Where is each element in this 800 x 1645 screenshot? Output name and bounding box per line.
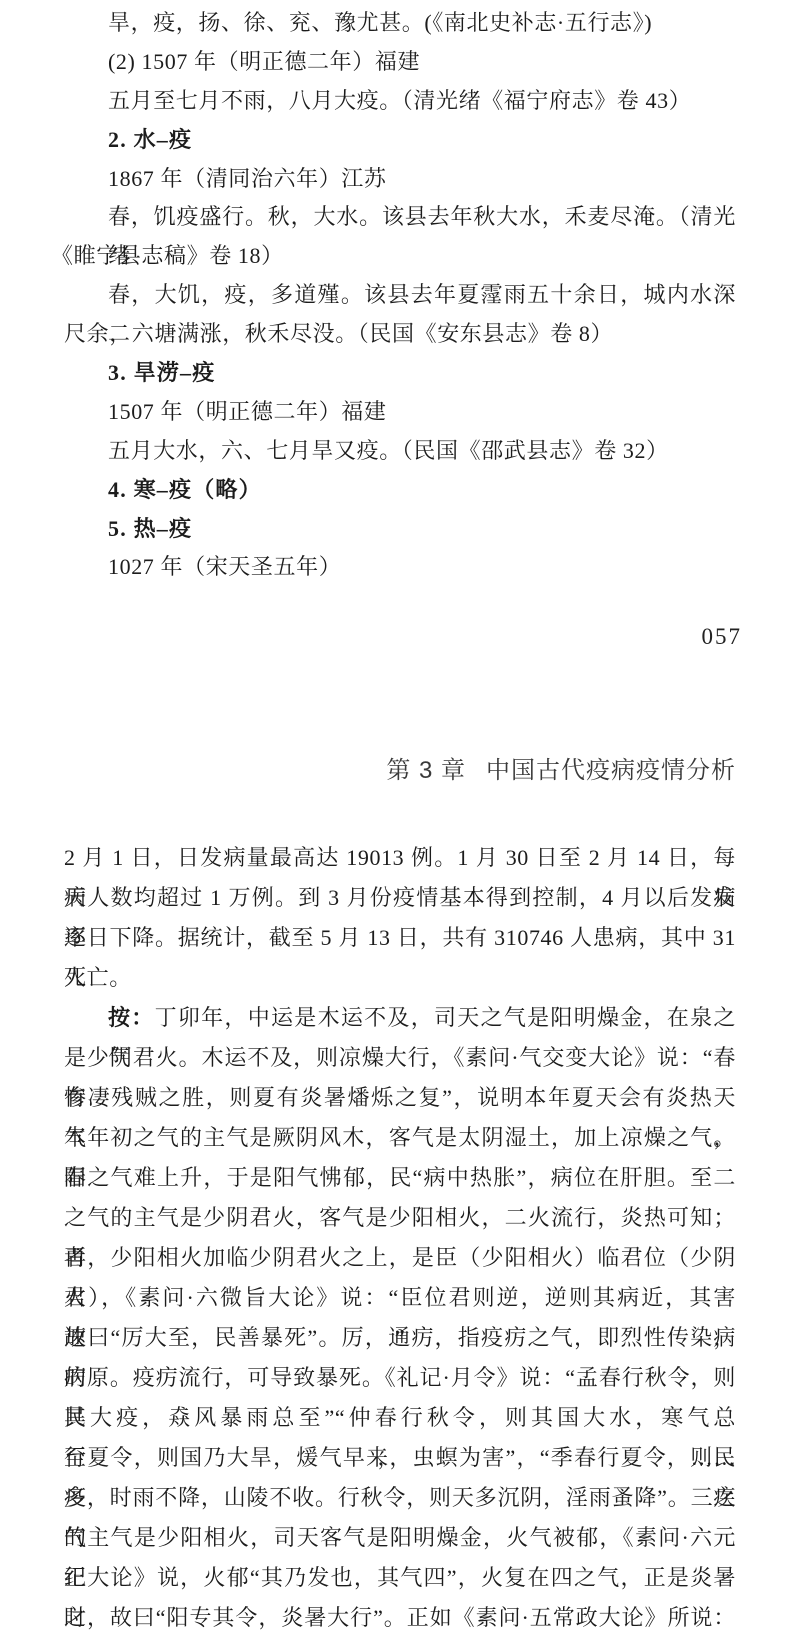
record-line: 五月大水，六、七月旱又疫。（民国《邵武县志》卷 32） [64, 432, 736, 471]
section-heading: 3. 旱涝–疫 [64, 354, 736, 393]
body-line: 病人数均超过 1 万例。到 3 月份疫情基本得到控制，4 月以后发病率 [64, 878, 736, 918]
record-line: 旱，疫，扬、徐、兖、豫尤甚。(《南北史补志·五行志》) [64, 4, 736, 43]
book-page-scan: 旱，疫，扬、徐、兖、豫尤甚。(《南北史补志·五行志》) (2) 1507 年（明… [0, 0, 800, 1645]
body-line: 阳之气难上升，于是阳气怫郁，民“病中热胀”，病位在肝胆。至二 [64, 1158, 736, 1198]
body-line: 民大疫，猋风暴雨总至”“仲春行秋令，则其国大水，寒气总至，…… [64, 1398, 736, 1438]
body-line: 疫，时雨不降，山陵不收。行秋令，则天多沉阴，淫雨蚤降”。三之气 [64, 1478, 736, 1518]
page-top-text-block: 旱，疫，扬、徐、兖、豫尤甚。(《南北史补志·五行志》) (2) 1507 年（明… [64, 4, 736, 587]
record-line: 《睢宁县志稿》卷 18） [51, 237, 736, 276]
body-line: 故曰“厉大至，民善暴死”。厉，通疠，指疫疠之气，即烈性传染病的 [64, 1318, 736, 1358]
record-line: 春，大饥，疫，多道殣。该县去年夏霪雨五十余日，城内水深二 [64, 276, 736, 315]
record-line: 尺余，六塘满涨，秋禾尽没。（民国《安东县志》卷 8） [64, 315, 736, 354]
body-line: 病原。疫疠流行，可导致暴死。《礼记·月令》说：“孟春行秋令，则其 [64, 1358, 736, 1398]
section-heading: 4. 寒–疫（略） [64, 471, 736, 510]
body-line: 火），《素问·六微旨大论》说：“臣位君则逆，逆则其病近，其害速”， [64, 1278, 736, 1318]
record-line: 1867 年（清同治六年）江苏 [64, 160, 736, 199]
chapter-title: 中国古代疫病疫情分析 [486, 757, 736, 784]
record-line: (2) 1507 年（明正德二年）福建 [64, 43, 736, 82]
page-bottom-text-block: 2 月 1 日，日发病量最高达 19013 例。1 月 30 日至 2 月 14… [64, 838, 736, 1638]
body-line: 之气的主气是少阴君火，客气是少阳相火，二火流行，炎热可知；再 [64, 1198, 736, 1238]
record-line: 1027 年（宋天圣五年） [64, 548, 736, 587]
body-line: 行夏令，则国乃大旱，煖气早来，虫螟为害”，“季春行夏令，则民多疾 [64, 1438, 736, 1478]
body-line-annotation-start: 按：丁卯年，中运是木运不及，司天之气是阳明燥金，在泉之气 [64, 998, 736, 1038]
body-line: 时，故曰“阳专其令，炎暑大行”。正如《素问·五常政大论》所说： [64, 1598, 736, 1638]
body-line: 本年初之气的主气是厥阴风木，客气是太阴湿土，加上凉燥之气，春 [64, 1118, 736, 1158]
section-heading: 2. 水–疫 [64, 121, 736, 160]
body-line: 惨凄残贼之胜，则夏有炎暑燔烁之复”，说明本年夏天会有炎热天气。 [64, 1078, 736, 1118]
body-line: 纪大论》说，火郁“其乃发也，其气四”，火复在四之气，正是炎暑之 [64, 1558, 736, 1598]
record-line: 1507 年（明正德二年）福建 [64, 393, 736, 432]
body-line: 是少阴君火。木运不及，则凉燥大行，《素问·气交变大论》说：“春有 [64, 1038, 736, 1078]
page-number: 057 [702, 624, 743, 650]
body-line: 逐日下降。据统计，截至 5 月 13 日，共有 310746 人患病，其中 31… [64, 918, 736, 958]
chapter-running-header: 第 3 章中国古代疫病疫情分析 [64, 750, 736, 785]
record-line: 五月至七月不雨，八月大疫。（清光绪《福宁府志》卷 43） [64, 82, 736, 121]
body-line: 者，少阳相火加临少阴君火之上，是臣（少阳相火）临君位（少阴君 [64, 1238, 736, 1278]
section-heading: 5. 热–疫 [64, 510, 736, 549]
annotation-marker: 按： [108, 1005, 155, 1030]
body-line: 的主气是少阳相火，司天客气是阳明燥金，火气被郁，《素问·六元正 [64, 1518, 736, 1558]
chapter-number-label: 第 3 章 [386, 757, 466, 784]
body-line: 死亡。 [64, 958, 736, 998]
body-line: 2 月 1 日，日发病量最高达 19013 例。1 月 30 日至 2 月 14… [64, 838, 736, 878]
record-line: 春，饥疫盛行。秋，大水。该县去年秋大水，禾麦尽淹。（清光绪 [64, 198, 736, 237]
